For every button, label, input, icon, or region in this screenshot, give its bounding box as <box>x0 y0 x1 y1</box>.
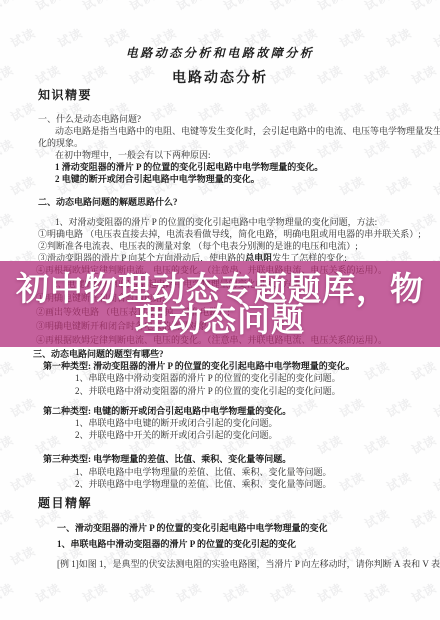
text-line: ②判断准各电流表、电压表的测量对象 （每个电表分别测的是谁的电压和电流）; <box>38 241 434 253</box>
text-segment: 一、滑动变阻器的滑片 P 的位置的变化引起电路中电学物理量的变化 <box>57 523 328 533</box>
text-line: 在初中物理中，一般会有以下两种原因: <box>38 150 434 162</box>
text-line: 2、并联电路中电学物理量的差值、比值、乘积、变化量等问题。 <box>33 478 436 490</box>
text-segment: 2、并联电路中电学物理量的差值、比值、乘积、变化量等问题。 <box>75 479 332 489</box>
text-line: [例 1]如图 1，是典型的伏安法测电阻的实验电路图，当滑片 P 向左移动时，请… <box>38 558 436 570</box>
text-segment: 1、串联电路中滑动变阻器的滑片 P 的位置的变化引起的变化 <box>57 539 296 549</box>
document-title: 电路动态分析和电路故障分析 <box>0 44 440 61</box>
text-segment: 一、什么是动态电路问题? <box>38 114 141 124</box>
text-line: 1、串联电路中电学物理量的差值、比值、乘积、变化量等问题。 <box>33 466 436 478</box>
text-line: 2 电键的断开或闭合引起电路中电学物理量的变化。 <box>38 174 434 186</box>
text-line: 第三种类型: 电学物理量的差值、比值、乘积、变化量等问题。 <box>33 453 436 465</box>
text-line: 2、并联电路中开关的断开或闭合引起的变化问题。 <box>33 429 436 441</box>
text-line: 1、串联电路中滑动变阻器的滑片 P 的位置的变化引起的变化问题。 <box>33 372 436 384</box>
text-segment: 在初中物理中，一般会有以下两种原因: <box>55 150 211 160</box>
text-line: 1 滑动变阻器的滑片 P 的位置的变化引起电路中电学物理量的变化。 <box>38 162 434 174</box>
text-segment: 2、并联电路中滑动变阻器的滑片 P 的位置的变化引起的变化问题。 <box>75 386 341 396</box>
document-page: { "header": { "title": "电路动态分析和电路故障分析", … <box>0 0 440 620</box>
text-segment: ①明确电路 （电压表直接去掉，电流表看做导线，简化电路，明确电阻或用电器的串并联… <box>38 229 421 239</box>
text-segment: 第二种类型: 电键的断开或闭合引起电路中电学物理量的变化。 <box>43 406 291 416</box>
exercise-lines: 一、滑动变阻器的滑片 P 的位置的变化引起电路中电学物理量的变化1、串联电路中滑… <box>38 522 436 571</box>
text-line: 动态电路是指当电路中的电阻、电键等发生变化时，会引起电路中的电流、电压等电学物理… <box>38 126 434 138</box>
text-line: 1、对滑动变阻器的滑片 P 的位置的变化引起电路中电学物理量的变化问题，方法: <box>38 217 434 229</box>
text-segment: 第三种类型: 电学物理量的差值、比值、乘积、变化量等问题。 <box>43 454 291 464</box>
text-segment: 1、串联电路中电键的断开或闭合引起的变化问题。 <box>75 418 278 428</box>
text-segment: 化的现象。 <box>38 138 83 148</box>
text-line: 二、动态电路问题的解题思路什么? <box>38 197 434 209</box>
text-line: 一、滑动变阻器的滑片 P 的位置的变化引起电路中电学物理量的变化 <box>38 522 436 534</box>
text-segment: [例 1]如图 1，是典型的伏安法测电阻的实验电路图，当滑片 P 向左移动时，请… <box>57 559 440 569</box>
text-line: 2、并联电路中滑动变阻器的滑片 P 的位置的变化引起的变化问题。 <box>33 385 436 397</box>
text-segment: ②判断准各电流表、电压表的测量对象 （每个电表分别测的是谁的电压和电流）; <box>38 241 358 251</box>
exercise-section: 题目精解 一、滑动变阻器的滑片 P 的位置的变化引起电路中电学物理量的变化1、串… <box>38 496 436 571</box>
text-line: 化的现象。 <box>38 138 434 150</box>
exercise-heading: 题目精解 <box>38 496 436 510</box>
text-segment: 动态电路是指当电路中的电阻、电键等发生变化时，会引起电路中的电流、电压等电学物理… <box>55 126 440 136</box>
question-types-section: 三、动态电路问题的题型有哪些?第一种类型: 滑动变阻器的滑片 P 的位置的变化引… <box>33 348 436 490</box>
text-segment: 2 电键的断开或闭合引起电路中电学物理量的变化。 <box>55 174 260 184</box>
text-line: 一、什么是动态电路问题? <box>38 114 434 126</box>
text-segment: 2、并联电路中开关的断开或闭合引起的变化问题。 <box>75 430 278 440</box>
text-segment: 三、动态电路问题的题型有哪些? <box>33 349 164 359</box>
knowledge-lines: 一、什么是动态电路问题?动态电路是指当电路中的电阻、电键等发生变化时，会引起电路… <box>38 114 434 265</box>
text-segment: 第一种类型: 滑动变阻器的滑片 P 的位置的变化引起电路中电学物理量的变化。 <box>43 361 355 371</box>
text-segment: 1 滑动变阻器的滑片 P 的位置的变化引起电路中电学物理量的变化。 <box>55 162 323 172</box>
knowledge-section: 知识精要 一、什么是动态电路问题?动态电路是指当电路中的电阻、电键等发生变化时，… <box>38 88 434 265</box>
text-line: ①明确电路 （电压表直接去掉，电流表看做导线，简化电路，明确电阻或用电器的串并联… <box>38 229 434 241</box>
text-line: 1、串联电路中滑动变阻器的滑片 P 的位置的变化引起的变化 <box>38 538 436 550</box>
text-segment: 1、串联电路中电学物理量的差值、比值、乘积、变化量等问题。 <box>75 467 332 477</box>
text-segment: 1、对滑动变阻器的滑片 P 的位置的变化引起电路中电学物理量的变化问题，方法: <box>55 217 377 227</box>
text-segment: 二、动态电路问题的解题思路什么? <box>38 197 178 207</box>
text-line: 1、串联电路中电键的断开或闭合引起的变化问题。 <box>33 417 436 429</box>
promo-banner: ④再根据欧姆定律判断电流、电压的变化。（注意串、并联电路电流、电压关系的运用）。… <box>0 261 440 347</box>
text-line: 第一种类型: 滑动变阻器的滑片 P 的位置的变化引起电路中电学物理量的变化。 <box>33 360 436 372</box>
text-line: 三、动态电路问题的题型有哪些? <box>33 348 436 360</box>
text-segment: 1、串联电路中滑动变阻器的滑片 P 的位置的变化引起的变化问题。 <box>75 373 341 383</box>
banner-overlay-text: 初中物理动态专题题库，物理动态问题 <box>0 274 440 335</box>
document-subtitle: 电路动态分析 <box>0 67 440 87</box>
knowledge-heading: 知识精要 <box>38 88 434 102</box>
text-line: 第二种类型: 电键的断开或闭合引起电路中电学物理量的变化。 <box>33 405 436 417</box>
